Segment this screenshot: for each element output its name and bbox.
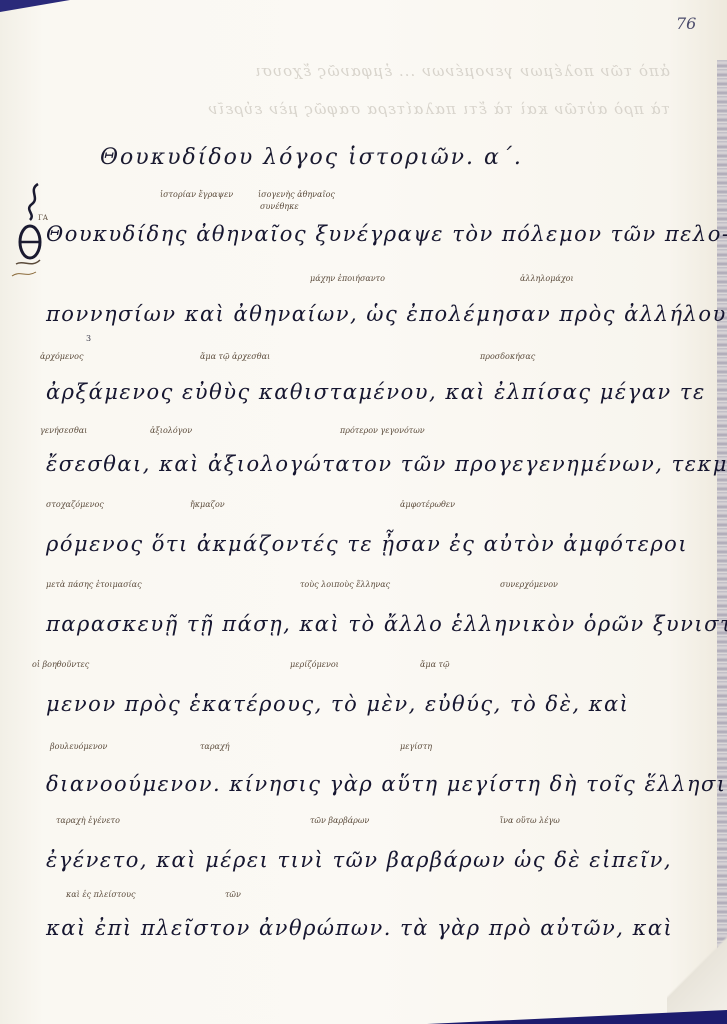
interlinear-gloss: ἅμα τῷ [420, 660, 450, 669]
interlinear-gloss: ἅμα τῷ ἀρχεσθαι [200, 352, 270, 361]
interlinear-gloss: ἀμφοτέρωθεν [400, 500, 455, 509]
interlinear-gloss: καὶ ἐς πλείστους [66, 890, 135, 899]
manuscript-line: ἀρξάμενος εὐθὺς καθισταμένου, καὶ ἐλπίσα… [46, 380, 706, 404]
folio-number: 76 [676, 14, 696, 33]
interlinear-gloss: μετὰ πάσης ἑτοιμασίας [46, 580, 142, 589]
manuscript-line: Θουκυδίδης ἀθηναῖος ξυνέγραψε τὸν πόλεμο… [46, 222, 727, 246]
manuscript-line: ποννησίων καὶ ἀθηναίων, ὡς ἐπολέμησαν πρ… [46, 302, 727, 326]
interlinear-gloss: οἱ βοηθοῦντες [32, 660, 89, 669]
binding-edge [717, 60, 727, 960]
manuscript-line: ἔσεσθαι, καὶ ἀξιολογώτατον τῶν προγεγενη… [46, 452, 727, 476]
interlinear-gloss: πρότερον γεγονότων [340, 426, 425, 435]
interlinear-gloss: γενήσεσθαι [40, 426, 87, 435]
cover-corner-top-left [0, 0, 70, 12]
page-title: Θουκυδίδου λόγος ἱστοριῶν. α΄. [100, 145, 523, 170]
manuscript-line: παρασκευῇ τῇ πάσῃ, καὶ τὸ ἄλλο ἑλληνικὸν… [46, 612, 727, 636]
interlinear-gloss: τοὺς λοιποὺς ἕλληνας [300, 580, 390, 589]
interlinear-gloss: μερίζόμενοι [290, 660, 339, 669]
interlinear-gloss: στοχαζόμενος [46, 500, 104, 509]
interlinear-gloss: ἀξιολόγον [150, 426, 192, 435]
manuscript-line: μενον πρὸς ἑκατέρους, τὸ μὲν, εὐθύς, τὸ … [46, 692, 629, 716]
interlinear-gloss: μεγίστη [400, 742, 432, 751]
interlinear-gloss: ἤκμαζον [190, 500, 225, 509]
interlinear-gloss: τῶν [225, 890, 241, 899]
interlinear-gloss: συνερχόμενον [500, 580, 558, 589]
interlinear-gloss: ἀλληλομάχοι [520, 274, 574, 283]
interlinear-gloss: ταραχὴ ἐγένετο [56, 816, 120, 825]
interlinear-gloss: ἰσογενὴς ἀθηναῖος [258, 190, 335, 199]
interlinear-gloss: βουλευόμενον [50, 742, 107, 751]
bleed-through-text: ἀπὸ τῶν πολέμων γενομένων ... ἐμφανῶς ἔχ… [40, 62, 670, 80]
interlinear-gloss: ταραχή [200, 742, 230, 751]
interlinear-gloss: ἀρχόμενος [40, 352, 83, 361]
manuscript-line: ἐγένετο, καὶ μέρει τινὶ τῶν βαρβάρων ὡς … [46, 848, 672, 872]
gloss-number: 3 [86, 334, 91, 343]
manuscript-line: ρόμενος ὅτι ἀκμάζοντές τε ᾖσαν ἐς αὐτὸν … [46, 532, 688, 556]
manuscript-line: καὶ ἐπὶ πλεῖστον ἀνθρώπων. τὰ γὰρ πρὸ αὐ… [46, 916, 673, 940]
interlinear-gloss: συνέθηκε [260, 202, 299, 211]
cover-corner-bottom-right [427, 1010, 727, 1024]
interlinear-gloss: ἱστορίαν ἔγραψεν [160, 190, 233, 199]
interlinear-gloss: μάχην ἐποιήσαντο [310, 274, 385, 283]
svg-text:ΓΑ: ΓΑ [38, 214, 49, 222]
manuscript-line: διανοούμενον. κίνησις γὰρ αὕτη μεγίστη δ… [46, 772, 727, 796]
bleed-through-text: τὰ πρὸ αὐτῶν καὶ τὰ ἔτι παλαίτερα σαφῶς … [40, 100, 670, 118]
page-fold-bottom-right [667, 914, 727, 1024]
manuscript-page: 76 ἀπὸ τῶν πολέμων γενομένων ... ἐμφανῶς… [0, 0, 727, 1024]
interlinear-gloss: προσδοκήσας [480, 352, 535, 361]
interlinear-gloss: τῶν βαρβάρων [310, 816, 369, 825]
interlinear-gloss: ἵνα οὕτω λέγω [500, 816, 560, 825]
